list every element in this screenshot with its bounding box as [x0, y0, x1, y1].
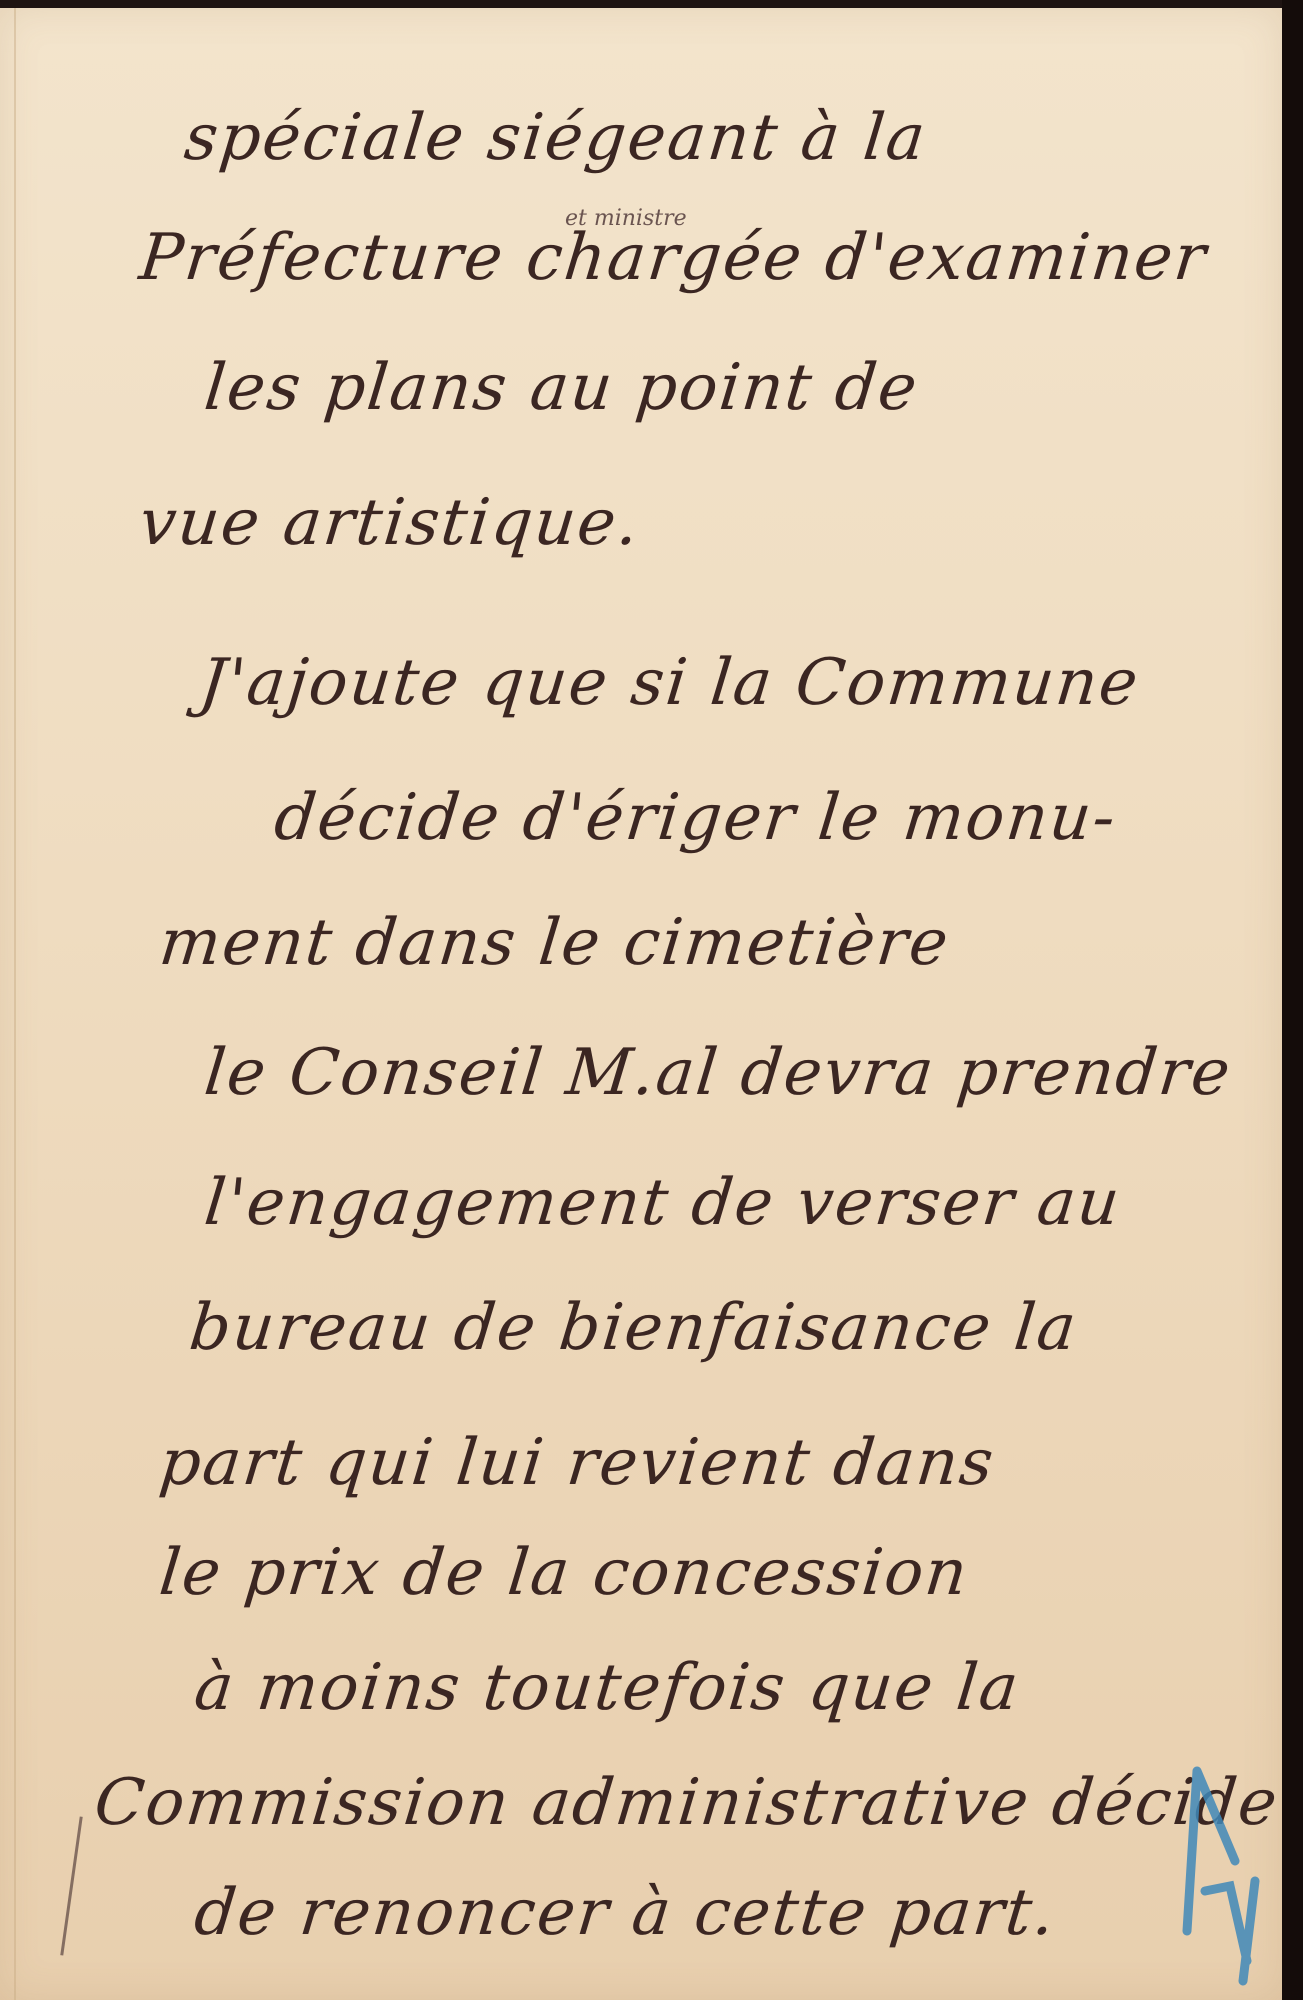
text-line-3: les plans au point de — [201, 351, 922, 425]
text-line-13: à moins toutefois que la — [191, 1651, 1023, 1725]
text-line-14: Commission administrative décide — [91, 1766, 1282, 1840]
margin-pen-stroke — [60, 1816, 82, 1955]
page-fold-line — [14, 6, 16, 2000]
text-line-15: de renoncer à cette part. — [191, 1876, 1060, 1950]
text-line-11: part qui lui revient dans — [156, 1426, 998, 1500]
scan-top-border — [0, 0, 1303, 8]
text-line-2: Préfecture chargée d'examiner — [136, 221, 1211, 295]
letter-page: spéciale siégeant à la et ministre Préfe… — [0, 6, 1282, 2000]
text-line-6: décide d'ériger le monu- — [271, 781, 1120, 855]
text-line-7: ment dans le cimetière — [156, 906, 953, 980]
blue-pencil-annotation-icon — [1175, 1741, 1265, 1991]
text-line-5: J'ajoute que si la Commune — [196, 646, 1143, 720]
text-line-12: le prix de la concession — [156, 1536, 972, 1610]
scan-right-border — [1282, 0, 1303, 2000]
text-line-8: le Conseil M.al devra prendre — [201, 1036, 1235, 1110]
text-line-4: vue artistique. — [136, 486, 644, 560]
text-line-9: l'engagement de verser au — [201, 1166, 1125, 1240]
text-line-1: spéciale siégeant à la — [181, 101, 930, 175]
text-line-10: bureau de bienfaisance la — [186, 1291, 1081, 1365]
